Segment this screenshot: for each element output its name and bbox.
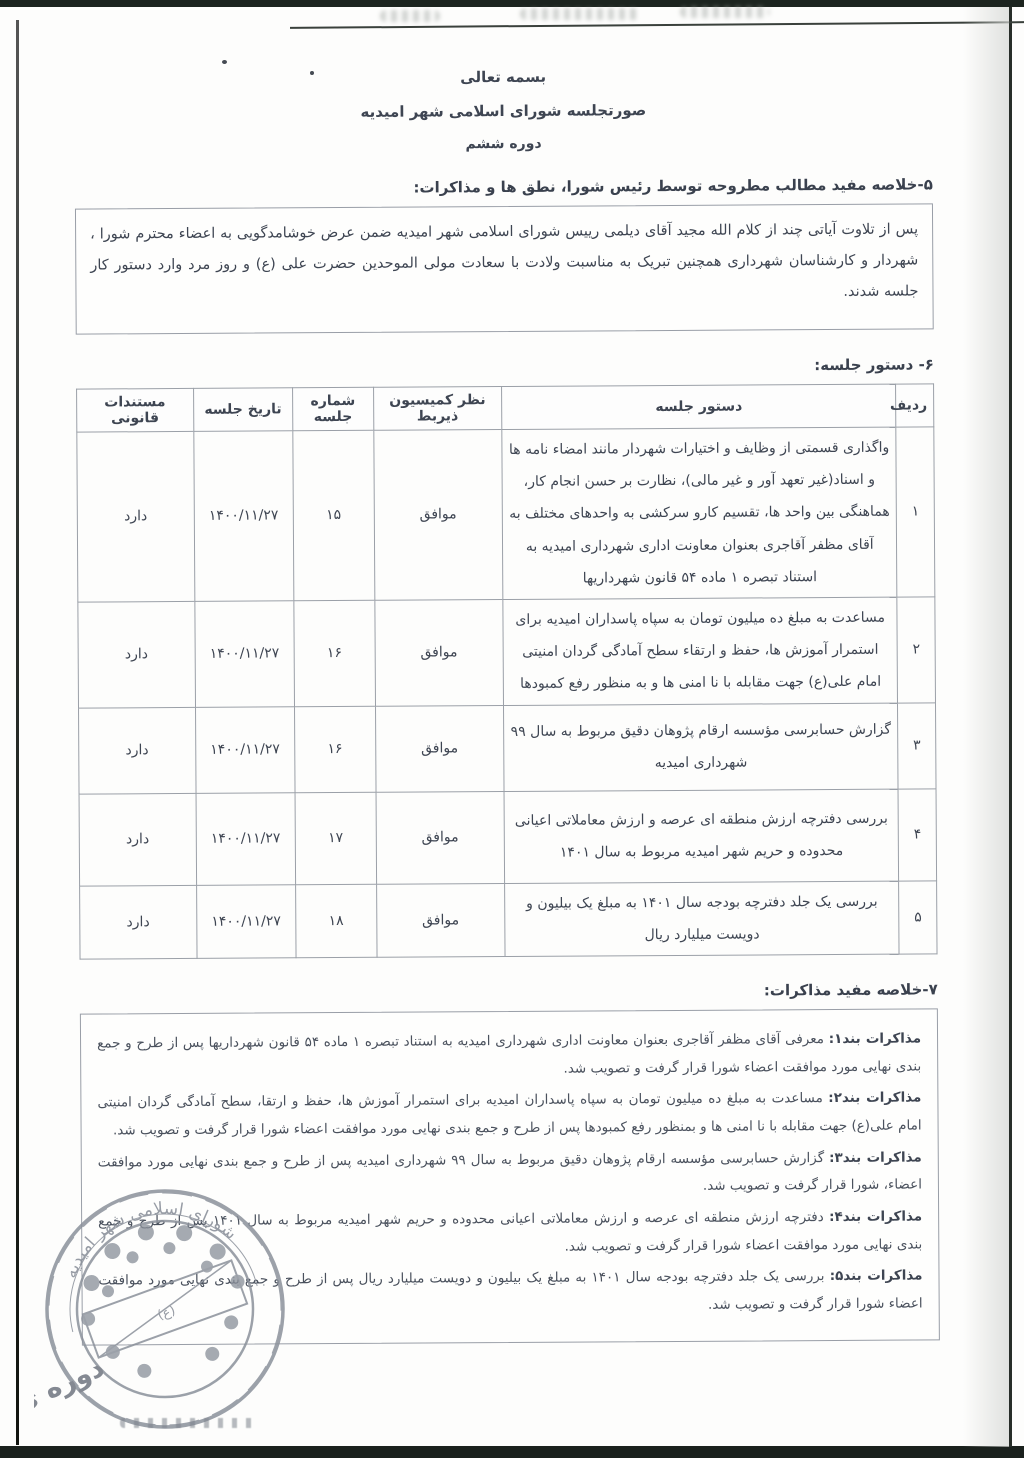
col-header-session-number: شماره جلسه <box>293 387 374 430</box>
scan-edge-left <box>16 20 19 1445</box>
section5-summary-box: پس از تلاوت آیاتی چند از کلام الله مجید … <box>75 203 934 334</box>
document-header: بسمه تعالی صورتجلسه شورای اسلامی شهر امی… <box>74 65 932 154</box>
minutes-item-text: معرفی آقای مظفر آقاجری بعنوان معاونت ادا… <box>97 1031 921 1076</box>
minutes-paragraph: مذاکرات بند۴: دفترچه ارزش منطقه ای عرصه … <box>98 1203 922 1263</box>
agenda-item-cell: بررسی دفترچه ارزش منطقه ای عرصه و ارزش م… <box>504 789 899 883</box>
table-row: ۵ بررسی یک جلد دفترچه بودجه سال ۱۴۰۱ به … <box>80 880 937 959</box>
session-date-cell: ۱۴۰۰/۱۱/۲۷ <box>195 706 295 793</box>
row-number-cell: ۲ <box>897 597 935 703</box>
scan-shadow <box>963 7 1009 1447</box>
agenda-table-body: ۱ واگذاری قسمتی از وظایف و اختیارات شهرد… <box>77 427 937 959</box>
scan-edge-top <box>0 0 1024 7</box>
row-number-cell: ۴ <box>898 788 936 880</box>
table-row: ۱ واگذاری قسمتی از وظایف و اختیارات شهرد… <box>77 427 935 602</box>
agenda-table-header: ردیف دستور جلسه نظر کمیسیون ذیربط شماره … <box>77 384 934 432</box>
bleedthrough-artifact <box>680 6 770 18</box>
minutes-item-text: دفترچه ارزش منطقه ای عرصه و ارزش معاملات… <box>98 1209 922 1254</box>
minutes-item-text: مساعدت به مبلغ ده میلیون تومان به سپاه پ… <box>97 1090 921 1138</box>
commission-opinion-cell: موافق <box>376 791 505 884</box>
minutes-item-label: مذاکرات بند۵: <box>830 1268 923 1285</box>
bleedthrough-artifact <box>380 10 440 22</box>
session-number-cell: ۱۶ <box>294 600 375 706</box>
row-number-cell: ۵ <box>899 880 937 954</box>
section5-heading: ۵-خلاصه مفید مطالب مطروحه توسط رئیس شورا… <box>75 175 933 198</box>
col-header-agenda: دستور جلسه <box>502 384 896 429</box>
table-row: ۳ گزارش حسابرسی مؤسسه ارقام پژوهان دقیق … <box>79 702 937 793</box>
legal-docs-cell: دارد <box>77 431 195 602</box>
document-title: صورتجلسه شورای اسلامی شهر امیدیه <box>74 99 932 122</box>
minutes-paragraph: مذاکرات بند۳: گزارش حسابرسی مؤسسه ارقام … <box>98 1144 922 1204</box>
session-number-cell: ۱۸ <box>296 884 377 958</box>
scan-page-topline <box>290 21 1024 29</box>
stamp-center-text: دوره ی ششم <box>34 1352 109 1440</box>
legal-docs-cell: دارد <box>79 707 196 794</box>
legal-docs-cell: دارد <box>80 885 197 959</box>
col-header-row-number: ردیف <box>896 384 934 427</box>
agenda-item-cell: بررسی یک جلد دفترچه بودجه سال ۱۴۰۱ به مب… <box>505 881 900 957</box>
minutes-item-text: گزارش حسابرسی مؤسسه ارقام پژوهان دقیق مر… <box>98 1150 922 1194</box>
section6-heading: ۶- دستور جلسه: <box>76 355 934 378</box>
section7-heading: ۷-خلاصه مفید مذاکرات: <box>80 980 938 1003</box>
session-date-cell: ۱۴۰۰/۱۱/۲۷ <box>194 601 294 707</box>
document-term: دوره ششم <box>75 133 933 154</box>
col-header-legal-docs: مستندات قانونی <box>77 388 194 432</box>
session-number-cell: ۱۶ <box>294 706 375 792</box>
commission-opinion-cell: موافق <box>374 599 503 705</box>
row-number-cell: ۳ <box>898 702 936 788</box>
minutes-paragraph: مذاکرات بند۲: مساعدت به مبلغ ده میلیون ت… <box>97 1085 921 1145</box>
bismillah-line: بسمه تعالی <box>74 65 932 88</box>
row-number-cell: ۱ <box>896 427 935 597</box>
agenda-table: ردیف دستور جلسه نظر کمیسیون ذیربط شماره … <box>76 383 937 959</box>
table-row: ۴ بررسی دفترچه ارزش منطقه ای عرصه و ارزش… <box>79 788 937 885</box>
agenda-item-cell: مساعدت به مبلغ ده میلیون تومان به سپاه پ… <box>503 597 898 705</box>
session-number-cell: ۱۵ <box>293 430 375 600</box>
minutes-paragraph: مذاکرات بند۱: معرفی آقای مظفر آقاجری بعن… <box>97 1025 921 1085</box>
scan-edge-bottom <box>0 1446 1024 1458</box>
col-header-session-date: تاریخ جلسه <box>193 388 293 432</box>
session-date-cell: ۱۴۰۰/۱۱/۲۷ <box>193 431 293 602</box>
agenda-item-cell: واگذاری قسمتی از وظایف و اختیارات شهردار… <box>502 427 897 599</box>
session-date-cell: ۱۴۰۰/۱۱/۲۷ <box>196 884 296 958</box>
minutes-item-label: مذاکرات بند۲: <box>828 1090 921 1107</box>
commission-opinion-cell: موافق <box>376 883 505 957</box>
minutes-item-label: مذاکرات بند۱: <box>829 1030 921 1047</box>
table-row: ۲ مساعدت به مبلغ ده میلیون تومان به سپاه… <box>78 597 936 708</box>
scanned-document-sheet: بسمه تعالی صورتجلسه شورای اسلامی شهر امی… <box>0 0 1024 1458</box>
bleedthrough-artifact <box>520 8 640 20</box>
minutes-item-text: بررسی یک جلد دفترچه بودجه سال ۱۴۰۱ به مب… <box>98 1268 922 1312</box>
handwriting-mark <box>120 1418 260 1428</box>
section5-text: پس از تلاوت آیاتی چند از کلام الله مجید … <box>90 214 919 313</box>
scan-edge-right <box>1009 7 1012 1447</box>
legal-docs-cell: دارد <box>78 601 195 707</box>
commission-opinion-cell: موافق <box>375 705 504 792</box>
section7-minutes-box: مذاکرات بند۱: معرفی آقای مظفر آقاجری بعن… <box>80 1008 940 1345</box>
minutes-paragraph: مذاکرات بند۵: بررسی یک جلد دفترچه بودجه … <box>98 1263 922 1323</box>
session-date-cell: ۱۴۰۰/۱۱/۲۷ <box>196 792 296 885</box>
legal-docs-cell: دارد <box>79 793 196 886</box>
commission-opinion-cell: موافق <box>373 430 503 601</box>
minutes-item-label: مذاکرات بند۳: <box>829 1149 922 1166</box>
session-number-cell: ۱۷ <box>295 792 376 884</box>
document-content: بسمه تعالی صورتجلسه شورای اسلامی شهر امی… <box>74 65 940 1345</box>
ink-dot <box>222 60 227 64</box>
col-header-commission-opinion: نظر کمیسیون ذیربط <box>373 387 502 431</box>
agenda-item-cell: گزارش حسابرسی مؤسسه ارقام پژوهان دقیق مر… <box>504 703 899 791</box>
minutes-item-label: مذاکرات بند۴: <box>829 1208 922 1225</box>
